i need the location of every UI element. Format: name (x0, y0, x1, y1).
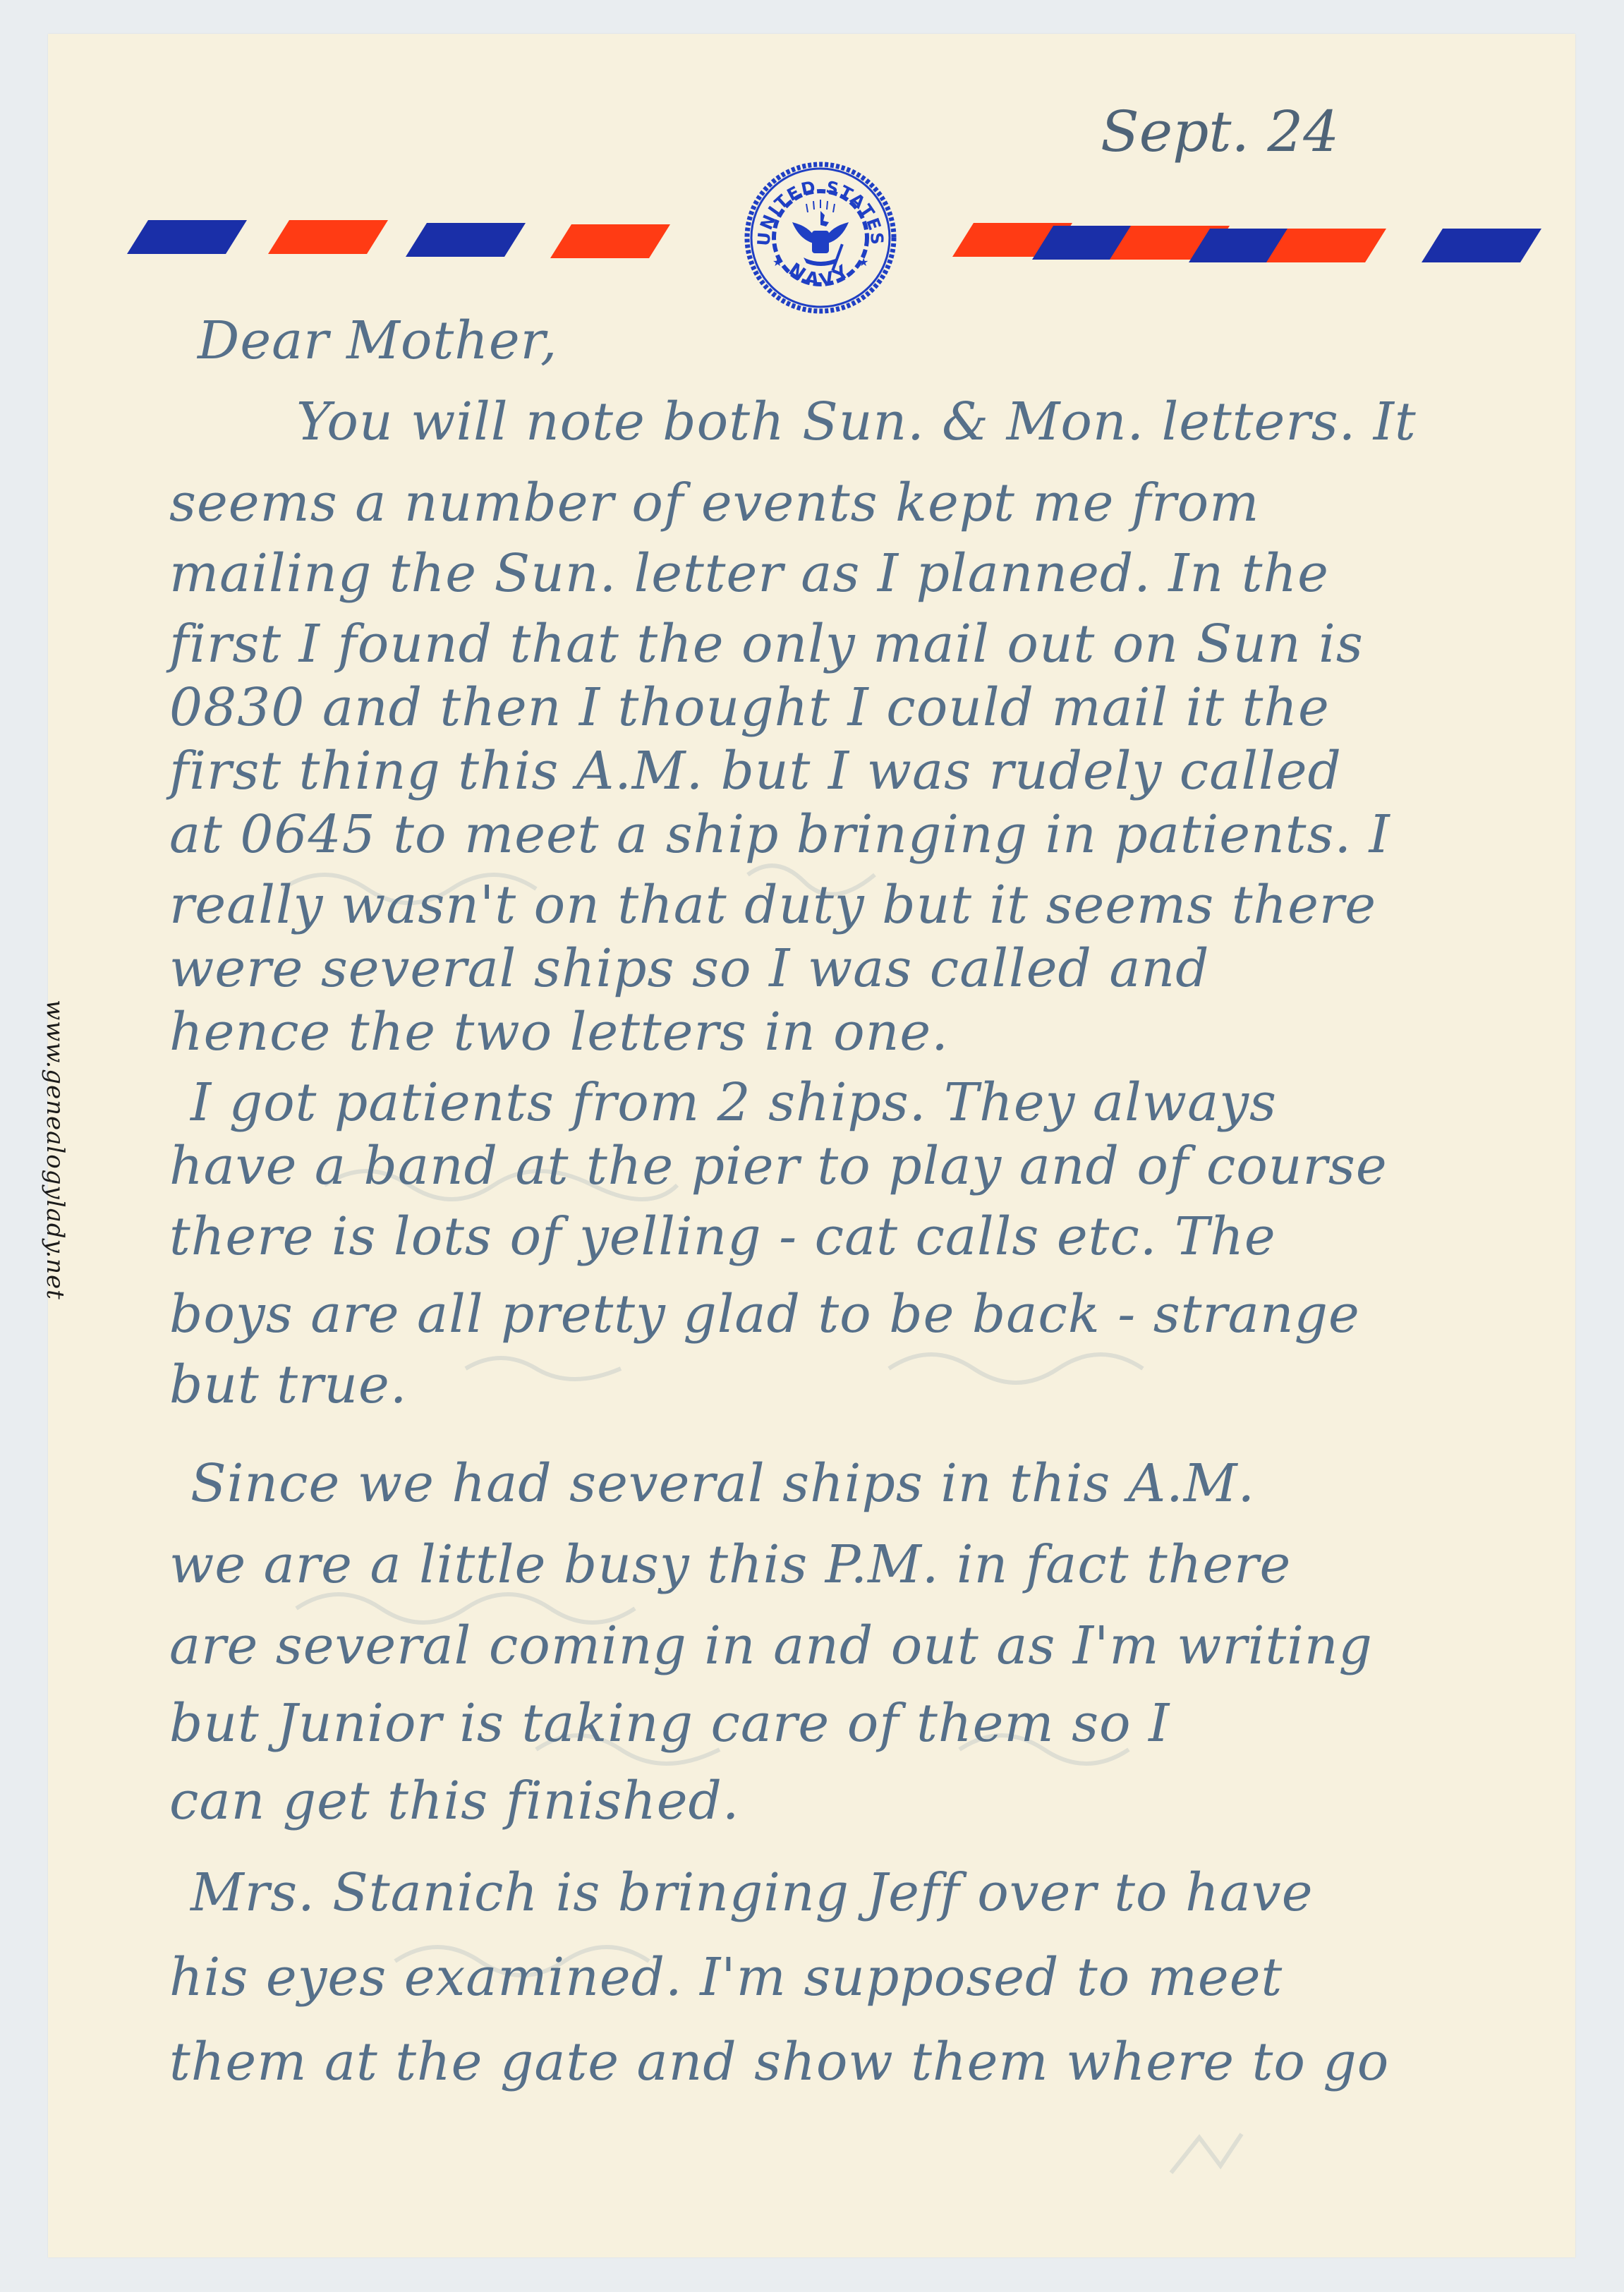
airmail-stripe-red (550, 224, 670, 258)
letter-line: can get this finished. (169, 1771, 739, 1831)
letter-line: have a band at the pier to play and of c… (169, 1136, 1388, 1196)
letter-line: You will note both Sun. & Mon. letters. … (296, 392, 1417, 452)
watermark-url: www.genealogylady.net (34, 1002, 76, 1298)
letter-line: them at the gate and show them where to … (169, 2032, 1389, 2092)
letter-line: but Junior is taking care of them so I (169, 1693, 1170, 1754)
letter-date: Sept. 24 (1101, 99, 1339, 164)
airmail-stripe-blue (127, 220, 247, 254)
letter-line: first thing this A.M. but I was rudely c… (169, 741, 1342, 801)
letter-line: his eyes examined. I'm supposed to meet (169, 1947, 1283, 2008)
letter-line: there is lots of yelling - cat calls etc… (169, 1206, 1276, 1267)
navy-seal-icon: UNITED STATES NAVY ★ ★ (743, 160, 898, 315)
watermark-text: www.genealogylady.net (41, 1000, 69, 1300)
letter-line: first I found that the only mail out on … (169, 614, 1364, 674)
letter-line: hence the two letters in one. (169, 1002, 949, 1062)
letter-line: I got patients from 2 ships. They always (190, 1072, 1277, 1133)
letter-line: Since we had several ships in this A.M. (190, 1453, 1255, 1514)
letter-line: really wasn't on that duty but it seems … (169, 875, 1376, 935)
airmail-stripe-red (1266, 229, 1386, 262)
letter-line: seems a number of events kept me from (169, 473, 1259, 533)
letter-line: Mrs. Stanich is bringing Jeff over to ha… (190, 1862, 1313, 1923)
letter-line: we are a little busy this P.M. in fact t… (169, 1534, 1291, 1595)
svg-text:★: ★ (772, 255, 782, 269)
letter-line: are several coming in and out as I'm wri… (169, 1615, 1373, 1676)
letter-line: boys are all pretty glad to be back - st… (169, 1284, 1360, 1345)
airmail-stripe-red (268, 220, 388, 254)
salutation: Dear Mother, (198, 310, 557, 371)
airmail-stripe-blue (1422, 229, 1541, 262)
letter-line: mailing the Sun. letter as I planned. In… (169, 543, 1329, 604)
letter-line: 0830 and then I thought I could mail it … (169, 677, 1330, 738)
svg-text:★: ★ (859, 255, 868, 269)
letter-line: were several ships so I was called and (169, 938, 1210, 999)
airmail-stripe-blue (406, 223, 526, 257)
letter-line: but true. (169, 1354, 407, 1415)
letter-line: at 0645 to meet a ship bringing in patie… (169, 804, 1390, 865)
